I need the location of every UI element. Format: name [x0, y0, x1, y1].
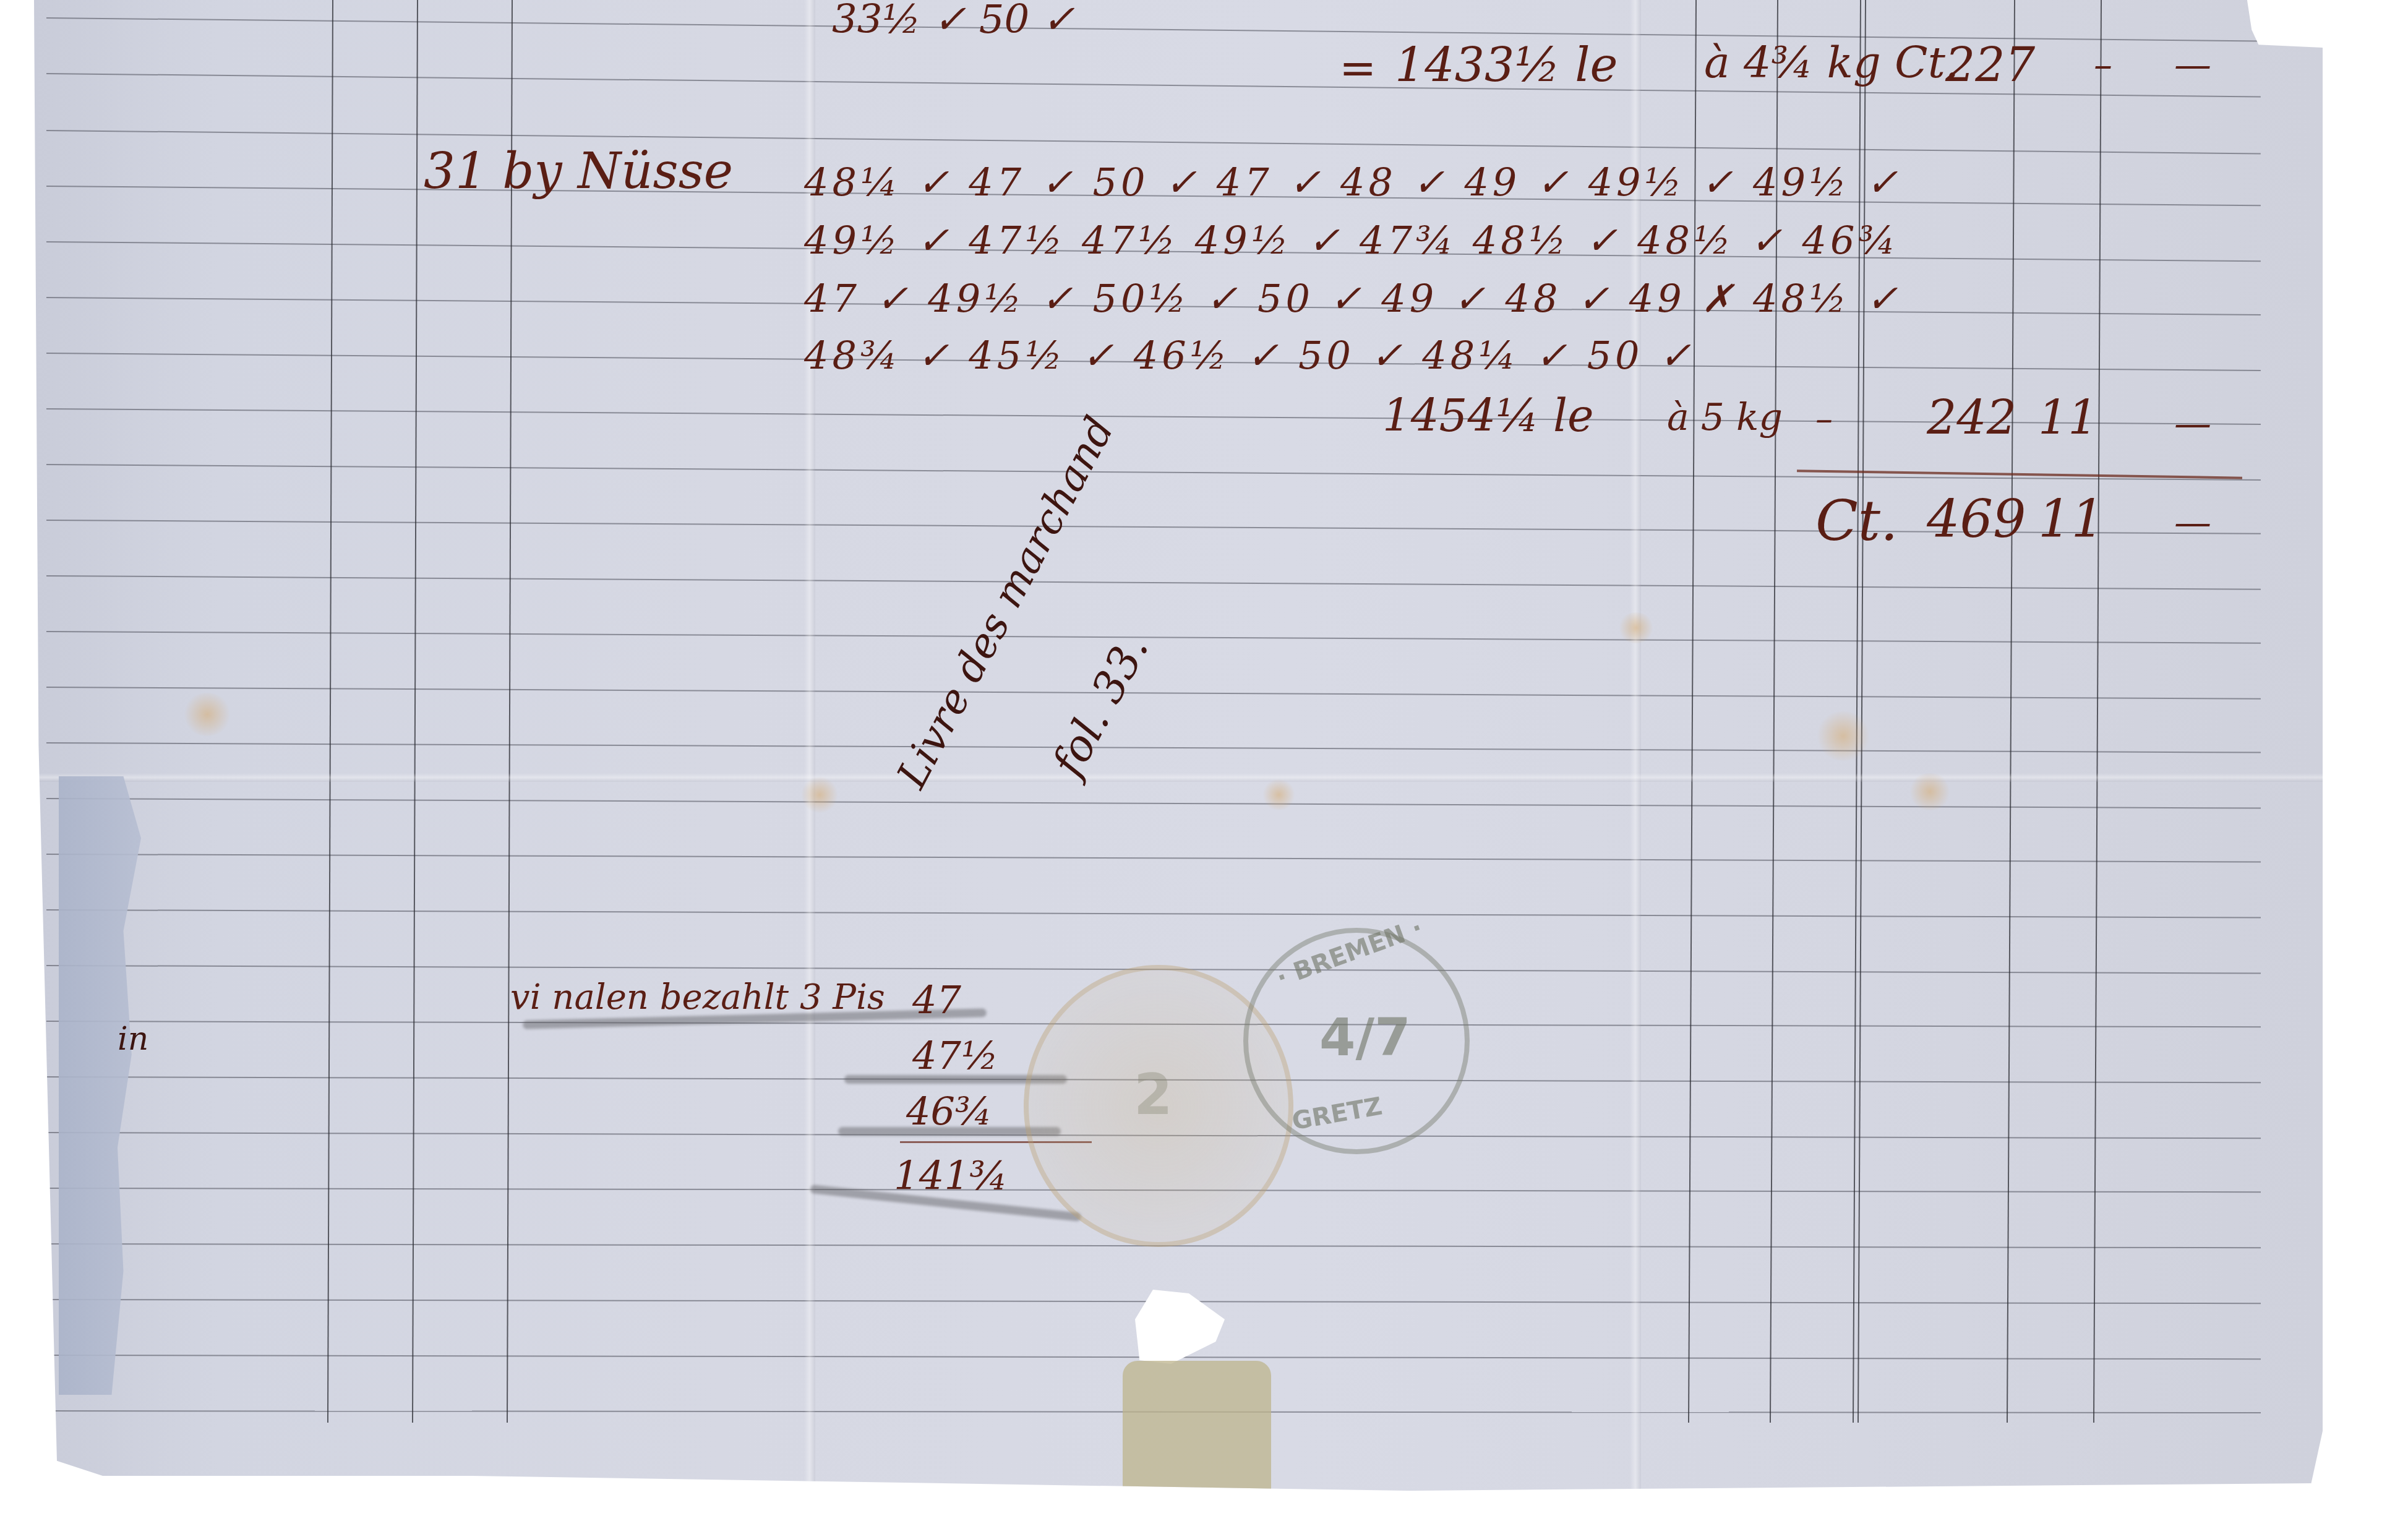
lower-calc-total: 141¾	[894, 1154, 1008, 1199]
postmark-faint-center: 2	[1134, 1063, 1173, 1128]
postmark-top-text: · BREMEN ·	[1273, 914, 1426, 993]
subtotal-tail: —	[2174, 43, 2211, 87]
paper-fold-horizontal	[34, 773, 2323, 782]
top-partial-entry: 33½ ✓ 50 ✓	[832, 0, 1075, 43]
lower-calc-value-2: 47½	[912, 1033, 998, 1078]
second-total-rate: à 5 kg	[1667, 396, 1783, 439]
subtotal-equals: =	[1339, 42, 1376, 94]
grand-total-currency: Ct.	[1815, 489, 1898, 554]
repair-patch	[59, 776, 176, 1395]
second-total-tail: —	[2174, 402, 2211, 445]
item-weights-line-1: 48¼ ✓ 47 ✓ 50 ✓ 47 ✓ 48 ✓ 49 ✓ 49½ ✓ 49½…	[804, 160, 1902, 205]
foxing-stain	[1815, 711, 1871, 761]
item-weights-line-4: 48¾ ✓ 45½ ✓ 46½ ✓ 50 ✓ 48¼ ✓ 50 ✓	[804, 333, 1695, 378]
subtotal-dash: –	[2094, 43, 2112, 87]
item-weights-line-3: 47 ✓ 49½ ✓ 50½ ✓ 50 ✓ 49 ✓ 48 ✓ 49 ✗ 48½…	[804, 276, 1902, 321]
lower-calc-value-3: 46¾	[906, 1089, 992, 1134]
subtotal-value: 227	[1945, 37, 2035, 92]
grand-total-cents: 11	[2038, 489, 2104, 549]
grand-total-value: 469	[1927, 489, 2026, 549]
lower-calc-value-1: 47	[912, 977, 961, 1022]
lower-calc-label: vi nalen bezahlt 3 Pis	[510, 977, 885, 1018]
ledger-sheet: 33½ ✓ 50 ✓ = 1433½ le à 4¾ kg Ct. 227 – …	[34, 0, 2323, 1491]
margin-note-line-2: fol. 33.	[1042, 627, 1159, 785]
second-total-separator: –	[1815, 399, 1833, 439]
foxing-stain	[801, 776, 838, 813]
foxing-stain	[182, 693, 232, 736]
foxing-stain	[1908, 773, 1952, 810]
item-label: 31 by Nüsse	[424, 142, 733, 200]
subtotal-amount: 1433½ le	[1395, 37, 1618, 92]
second-total-cents: 11	[2038, 390, 2098, 445]
postmark-circular: · BREMEN · 4/7 GRETZ	[1243, 928, 1470, 1154]
foxing-stain	[1262, 779, 1296, 810]
second-total-amount: 1454¼ le	[1382, 390, 1594, 442]
subtotal-rate: à 4¾ kg Ct.	[1704, 37, 1959, 88]
postmark-date: 4/7	[1319, 1007, 1411, 1068]
postmark-bottom-text: GRETZ	[1290, 1092, 1384, 1136]
foxing-stain	[1617, 612, 1655, 643]
repair-tape	[1123, 1361, 1271, 1491]
item-weights-line-2: 49½ ✓ 47½ 47½ 49½ ✓ 47¾ 48½ ✓ 48½ ✓ 46¾	[804, 218, 1899, 263]
second-total-value: 242	[1927, 390, 2016, 445]
left-edge-fragment: in	[118, 1021, 148, 1058]
grand-total-tail: —	[2174, 501, 2211, 544]
